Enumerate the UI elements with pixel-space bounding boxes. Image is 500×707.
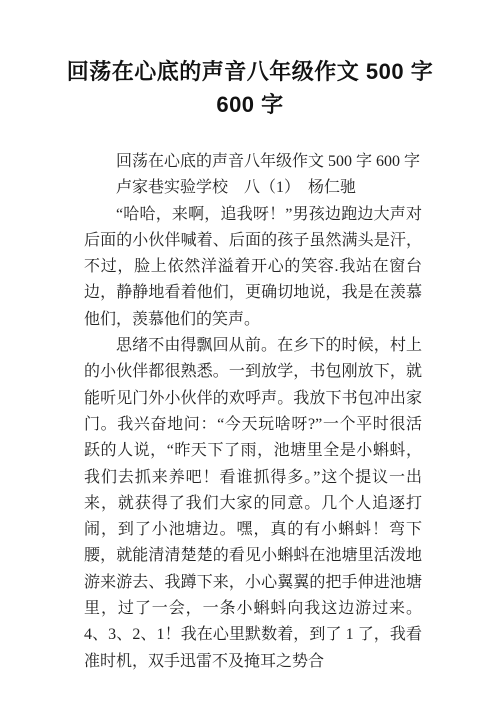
paragraph-opening: “哈哈，来啊，追我呀！”男孩边跑边大声对后面的小伙伴喊着、后面的孩子虽然满头是汗… <box>84 202 422 333</box>
paragraph-memory: 思绪不由得飘回从前。在乡下的时候，村上的小伙伴都很熟悉。一到放学，书包刚放下，就… <box>84 333 422 675</box>
paragraph-author-line: 卢家巷实验学校 八（1） 杨仁驰 <box>84 175 422 201</box>
document-page: 回荡在心底的声音八年级作文 500 字 600 字 回荡在心底的声音八年级作文 … <box>0 0 500 707</box>
page-title-line-2: 600 字 <box>0 88 500 121</box>
paragraph-repeat-title: 回荡在心底的声音八年级作文 500 字 600 字 <box>84 149 422 175</box>
article-body: 回荡在心底的声音八年级作文 500 字 600 字 卢家巷实验学校 八（1） 杨… <box>84 149 422 675</box>
page-title: 回荡在心底的声音八年级作文 500 字 600 字 <box>0 55 500 121</box>
page-title-line-1: 回荡在心底的声音八年级作文 500 字 <box>0 55 500 88</box>
